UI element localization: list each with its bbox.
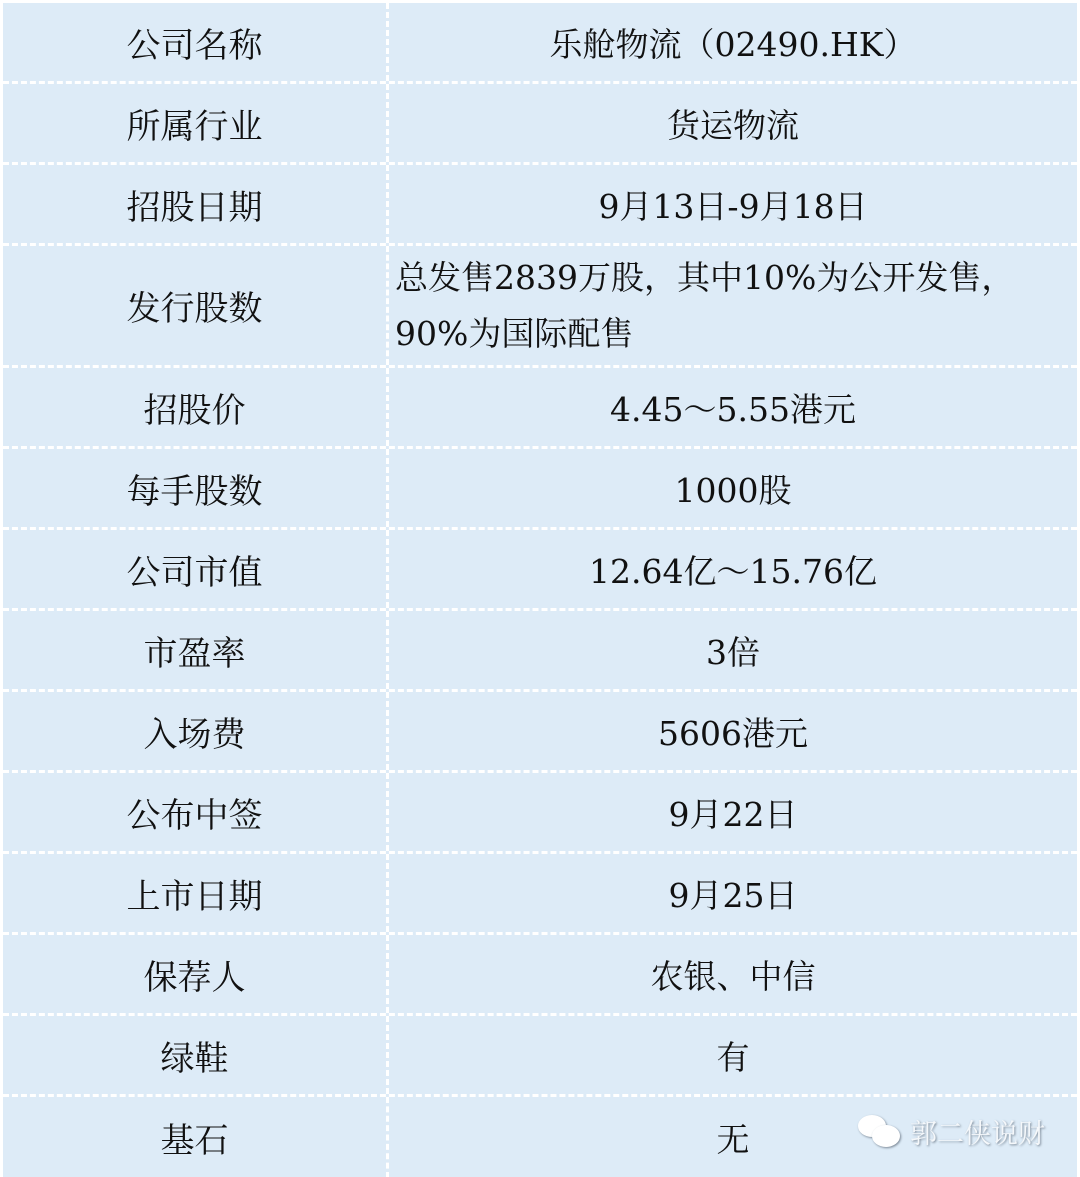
row-industry: 所属行业 货运物流 bbox=[3, 84, 1077, 165]
row-sponsors: 保荐人 农银、中信 bbox=[3, 935, 1077, 1016]
row-label: 上市日期 bbox=[3, 854, 389, 932]
row-value: 9月25日 bbox=[389, 854, 1077, 932]
watermark: 郭二侠说财 bbox=[858, 1112, 1045, 1151]
row-value: 总发售2839万股，其中10%为公开发售，90%为国际配售 bbox=[389, 246, 1077, 365]
row-listing-date: 上市日期 9月25日 bbox=[3, 854, 1077, 935]
row-label: 公布中签 bbox=[3, 773, 389, 851]
row-label: 所属行业 bbox=[3, 84, 389, 162]
row-market-cap: 公司市值 12.64亿～15.76亿 bbox=[3, 530, 1077, 611]
wechat-icon bbox=[858, 1115, 902, 1149]
row-value: 9月13日-9月18日 bbox=[389, 165, 1077, 243]
row-pe-ratio: 市盈率 3倍 bbox=[3, 611, 1077, 692]
row-value: 4.45～5.55港元 bbox=[389, 368, 1077, 446]
row-label: 市盈率 bbox=[3, 611, 389, 689]
row-label: 公司市值 bbox=[3, 530, 389, 608]
row-value: 农银、中信 bbox=[389, 935, 1077, 1013]
row-offer-dates: 招股日期 9月13日-9月18日 bbox=[3, 165, 1077, 246]
watermark-text: 郭二侠说财 bbox=[910, 1112, 1045, 1151]
row-lot-size: 每手股数 1000股 bbox=[3, 449, 1077, 530]
row-entry-fee: 入场费 5606港元 bbox=[3, 692, 1077, 773]
row-value: 3倍 bbox=[389, 611, 1077, 689]
row-label: 发行股数 bbox=[3, 246, 389, 365]
row-value: 1000股 bbox=[389, 449, 1077, 527]
row-company-name: 公司名称 乐舱物流（02490.HK） bbox=[3, 3, 1077, 84]
row-label: 公司名称 bbox=[3, 3, 389, 81]
row-label: 招股价 bbox=[3, 368, 389, 446]
row-shares-offered: 发行股数 总发售2839万股，其中10%为公开发售，90%为国际配售 bbox=[3, 246, 1077, 368]
row-value: 5606港元 bbox=[389, 692, 1077, 770]
row-label: 每手股数 bbox=[3, 449, 389, 527]
row-value: 12.64亿～15.76亿 bbox=[389, 530, 1077, 608]
row-value: 有 bbox=[389, 1016, 1077, 1094]
row-allotment-date: 公布中签 9月22日 bbox=[3, 773, 1077, 854]
row-value: 9月22日 bbox=[389, 773, 1077, 851]
ipo-info-table: 公司名称 乐舱物流（02490.HK） 所属行业 货运物流 招股日期 9月13日… bbox=[3, 3, 1077, 1177]
row-label: 绿鞋 bbox=[3, 1016, 389, 1094]
row-value: 货运物流 bbox=[389, 84, 1077, 162]
row-label: 保荐人 bbox=[3, 935, 389, 1013]
row-value: 乐舱物流（02490.HK） bbox=[389, 3, 1077, 81]
row-greenshoe: 绿鞋 有 bbox=[3, 1016, 1077, 1097]
row-offer-price: 招股价 4.45～5.55港元 bbox=[3, 368, 1077, 449]
row-label: 基石 bbox=[3, 1097, 389, 1177]
row-label: 招股日期 bbox=[3, 165, 389, 243]
row-label: 入场费 bbox=[3, 692, 389, 770]
